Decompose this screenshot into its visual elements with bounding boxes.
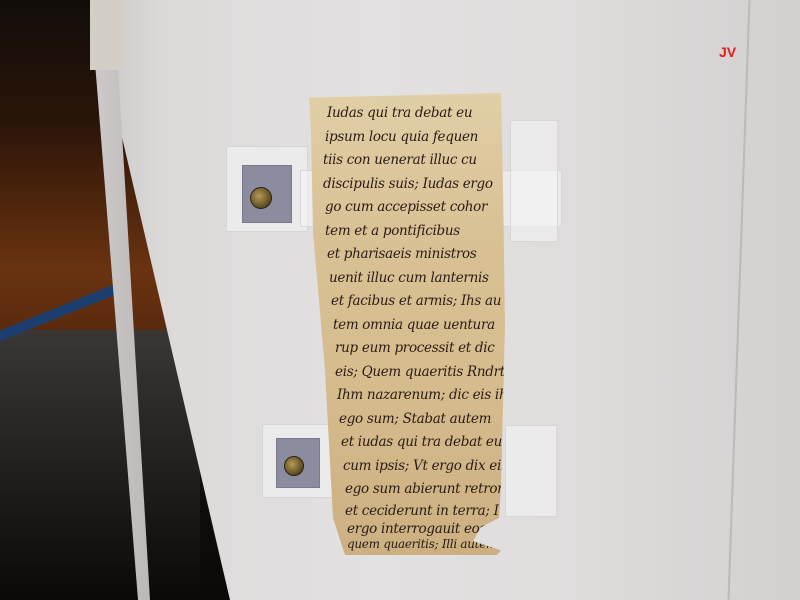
manuscript-line: go cum accepisset cohor bbox=[325, 199, 487, 215]
manuscript-line: tiis con uenerat illuc cu bbox=[323, 152, 477, 168]
manuscript-line: rup eum processit et dic bbox=[335, 340, 495, 356]
manuscript-line: et facibus et armis; Ihs au bbox=[331, 293, 501, 309]
watermark-initials: JV bbox=[719, 44, 736, 60]
manuscript-line: Ihm nazarenum; dic eis ihs; bbox=[337, 387, 518, 403]
rivet-icon bbox=[284, 456, 304, 476]
floor-shadow bbox=[0, 330, 200, 600]
manuscript-line: cum ipsis; Vt ergo dix eis bbox=[343, 458, 508, 474]
manuscript-line: et pharisaeis ministros bbox=[327, 246, 476, 262]
manuscript-line: ego sum; Stabat autem bbox=[339, 411, 491, 427]
manuscript-line: tem omnia quae uentura bbox=[333, 317, 495, 333]
manuscript-line: et iudas qui tra debat eu bbox=[341, 434, 502, 450]
tape-strip bbox=[90, 0, 122, 70]
manuscript-fragment: Iudas qui tra debat eu ipsum locu quia f… bbox=[305, 93, 505, 555]
manuscript-line: uenit illuc cum lanternis bbox=[329, 270, 489, 286]
manuscript-line: ipsum locu quia fequen bbox=[325, 129, 478, 145]
manuscript-line: discipulis suis; Iudas ergo bbox=[323, 176, 493, 192]
rivet-icon bbox=[250, 187, 272, 209]
manuscript-line: Iudas qui tra debat eu bbox=[327, 105, 472, 121]
clear-strip-right-upper bbox=[510, 120, 558, 242]
manuscript-line: tem et a pontificibus bbox=[325, 223, 460, 239]
photo-scene: Iudas qui tra debat eu ipsum locu quia f… bbox=[0, 0, 800, 600]
manuscript-line: eis; Quem quaeritis Rndrt ei; bbox=[335, 364, 525, 380]
manuscript-line: ergo interrogauit eos; bbox=[347, 521, 490, 537]
clear-strip-right-lower bbox=[505, 425, 557, 517]
